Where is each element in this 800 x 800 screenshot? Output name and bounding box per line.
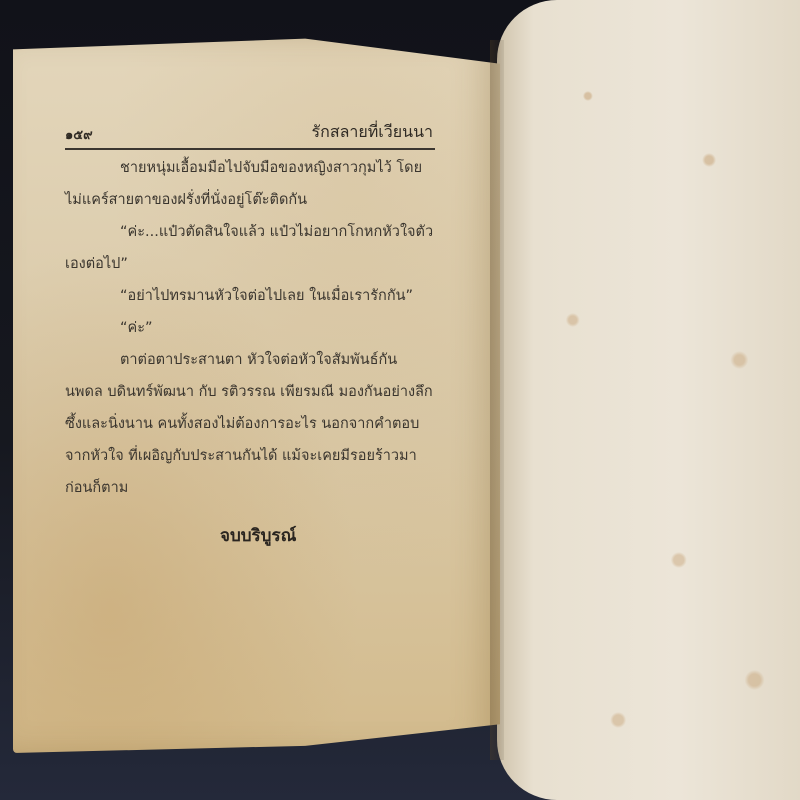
body-text: ชายหนุ่มเอื้อมมือไปจับมือของหญิงสาวกุมไว… <box>65 152 437 504</box>
book-gutter <box>490 40 504 760</box>
paragraph: ตาต่อตาประสานตา หัวใจต่อหัวใจสัมพันธ์กัน… <box>65 344 437 504</box>
right-page-blank <box>497 0 800 800</box>
book-title: รักสลายที่เวียนนา <box>312 120 433 145</box>
paragraph: “ค่ะ” <box>65 312 437 344</box>
photo-scene: ๑๕๙ รักสลายที่เวียนนา ชายหนุ่มเอื้อมมือไ… <box>0 0 800 800</box>
running-head: ๑๕๙ รักสลายที่เวียนนา <box>65 120 435 150</box>
paragraph: “อย่าไปทรมานหัวใจต่อไปเลย ในเมื่อเรารักก… <box>65 280 437 312</box>
end-mark: จบบริบูรณ์ <box>220 522 296 549</box>
paragraph: “ค่ะ...แป๋วตัดสินใจแล้ว แป๋วไม่อยากโกหกห… <box>65 216 437 280</box>
page-number: ๑๕๙ <box>65 124 93 145</box>
paragraph: ชายหนุ่มเอื้อมมือไปจับมือของหญิงสาวกุมไว… <box>65 152 437 216</box>
